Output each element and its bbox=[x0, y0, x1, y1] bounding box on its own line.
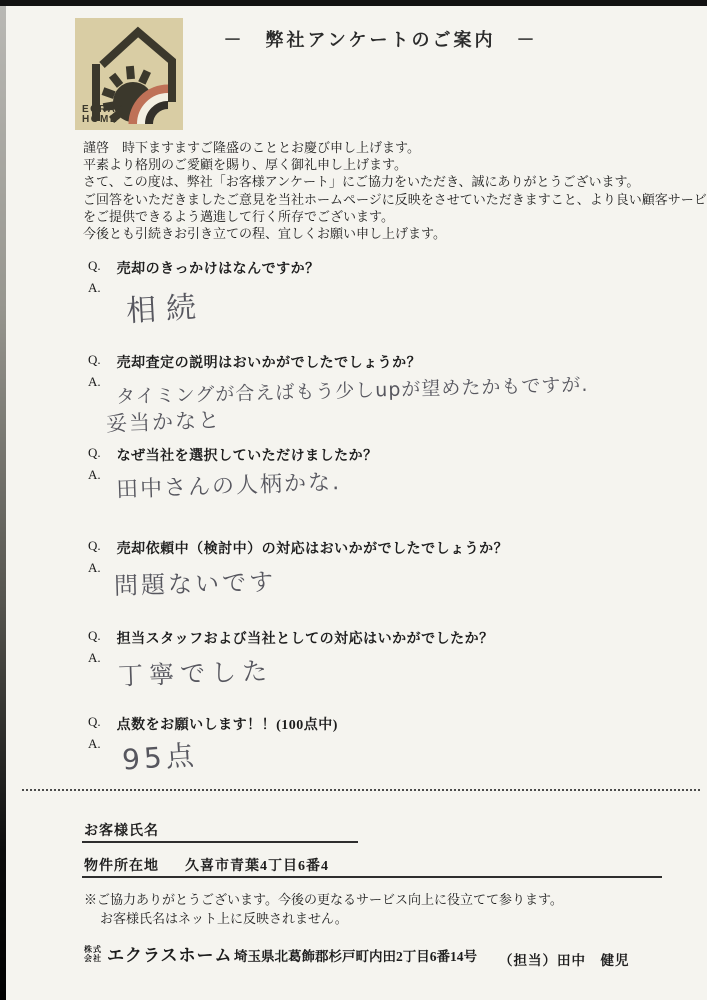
handwritten-answer: 問題ないです bbox=[114, 562, 277, 601]
greeting-line: をご提供できるよう邁進して行く所存でございます。 bbox=[83, 208, 691, 225]
qa-block-1: Q.売却のきっかけはなんですか？ A. 相続 bbox=[88, 258, 703, 353]
qa-block-3: Q.なぜ当社を選択していただけましたか？ A. 田中さんの人柄かな. bbox=[88, 445, 703, 540]
note-line-2: お客様氏名はネット上に反映されません。 bbox=[100, 908, 348, 927]
handwritten-answer: 丁寧でした bbox=[117, 651, 273, 692]
scan-left-edge bbox=[0, 6, 6, 1000]
footer: 株式 会社 エクラスホーム 埼玉県北葛飾郡杉戸町内田2丁目6番14号 （担当）田… bbox=[84, 940, 694, 972]
dotted-separator bbox=[22, 789, 700, 791]
question-text: 点数をお願いします！！(100点中) bbox=[117, 718, 338, 733]
company-prefix: 株式 会社 bbox=[84, 946, 102, 963]
handwritten-answer: 相続 bbox=[125, 282, 207, 330]
greeting-line: 今後とも引続きお引き立ての程、宜しくお願い申し上げます。 bbox=[83, 225, 691, 242]
question-mark: Q. bbox=[88, 352, 101, 367]
property-location-value: 久喜市青葉4丁目6番4 bbox=[185, 859, 329, 874]
handwritten-answer: 妥当かなと bbox=[106, 404, 222, 438]
page-title: － 弊社アンケートのご案内 － bbox=[54, 26, 707, 52]
company-address: 埼玉県北葛飾郡杉戸町内田2丁目6番14号 bbox=[234, 945, 477, 965]
question-mark: Q. bbox=[88, 538, 101, 553]
customer-name-label: お客様氏名 bbox=[84, 820, 159, 840]
question-mark: Q. bbox=[88, 445, 101, 460]
greeting-line: 平素より格別のご愛顧を賜り、厚く御礼申し上げます。 bbox=[83, 156, 691, 173]
company-name: エクラスホーム bbox=[107, 941, 233, 966]
question-text: 売却査定の説明はおいかがでしたでしょうか？ bbox=[117, 356, 422, 371]
customer-name-underline bbox=[82, 841, 358, 843]
greeting-line: 謹啓 時下ますますご隆盛のこととお慶び申し上げます。 bbox=[83, 139, 691, 156]
greeting-line: さて、この度は、弊社「お客様アンケート」にご協力をいただき、誠にありがとうござい… bbox=[83, 173, 691, 190]
question-mark: Q. bbox=[88, 714, 101, 729]
question-text: 担当スタッフおよび当社としての対応はいかがでしたか？ bbox=[117, 632, 494, 647]
staff-name: （担当）田中 健児 bbox=[499, 949, 630, 969]
qa-block-6: Q.点数をお願いします！！(100点中) A. 95点 bbox=[88, 714, 703, 809]
greeting-line: ご回答をいただきましたご意見を当社ホームページに反映をさせていただきますこと、よ… bbox=[83, 191, 691, 208]
handwritten-answer: 田中さんの人柄かな. bbox=[116, 465, 342, 504]
property-location-row: 物件所在地久喜市青葉4丁目6番4 bbox=[84, 855, 329, 875]
scan-top-edge bbox=[0, 0, 707, 6]
greeting-paragraph: 謹啓 時下ますますご隆盛のこととお慶び申し上げます。 平素より格別のご愛顧を賜り… bbox=[83, 139, 691, 242]
logo-wordmark-line2: HOME bbox=[82, 115, 125, 125]
scanned-survey-page: ECRAS HOME － 弊社アンケートのご案内 － 謹啓 時下ますますご隆盛の… bbox=[0, 0, 707, 1000]
question-mark: Q. bbox=[88, 258, 101, 273]
qa-block-5: Q.担当スタッフおよび当社としての対応はいかがでしたか？ A. 丁寧でした bbox=[88, 628, 703, 723]
question-text: 売却依頼中（検討中）の対応はおいかがでしたでしょうか？ bbox=[117, 542, 509, 557]
handwritten-answer: 95点 bbox=[121, 733, 199, 778]
company-prefix-line2: 会社 bbox=[84, 955, 102, 964]
property-location-label: 物件所在地 bbox=[84, 859, 159, 874]
property-location-underline bbox=[82, 876, 662, 878]
qa-block-2: Q.売却査定の説明はおいかがでしたでしょうか？ A. タイミングが合えばもう少し… bbox=[88, 352, 703, 447]
logo-wordmark: ECRAS HOME bbox=[82, 105, 125, 125]
qa-block-4: Q.売却依頼中（検討中）の対応はおいかがでしたでしょうか？ A. 問題ないです bbox=[88, 538, 703, 633]
question-text: なぜ当社を選択していただけましたか？ bbox=[117, 449, 378, 464]
question-mark: Q. bbox=[88, 628, 101, 643]
question-text: 売却のきっかけはなんですか？ bbox=[117, 262, 320, 277]
note-line-1: ※ご協力ありがとうございます。今後の更なるサービス向上に役立てて参ります。 bbox=[84, 889, 563, 908]
